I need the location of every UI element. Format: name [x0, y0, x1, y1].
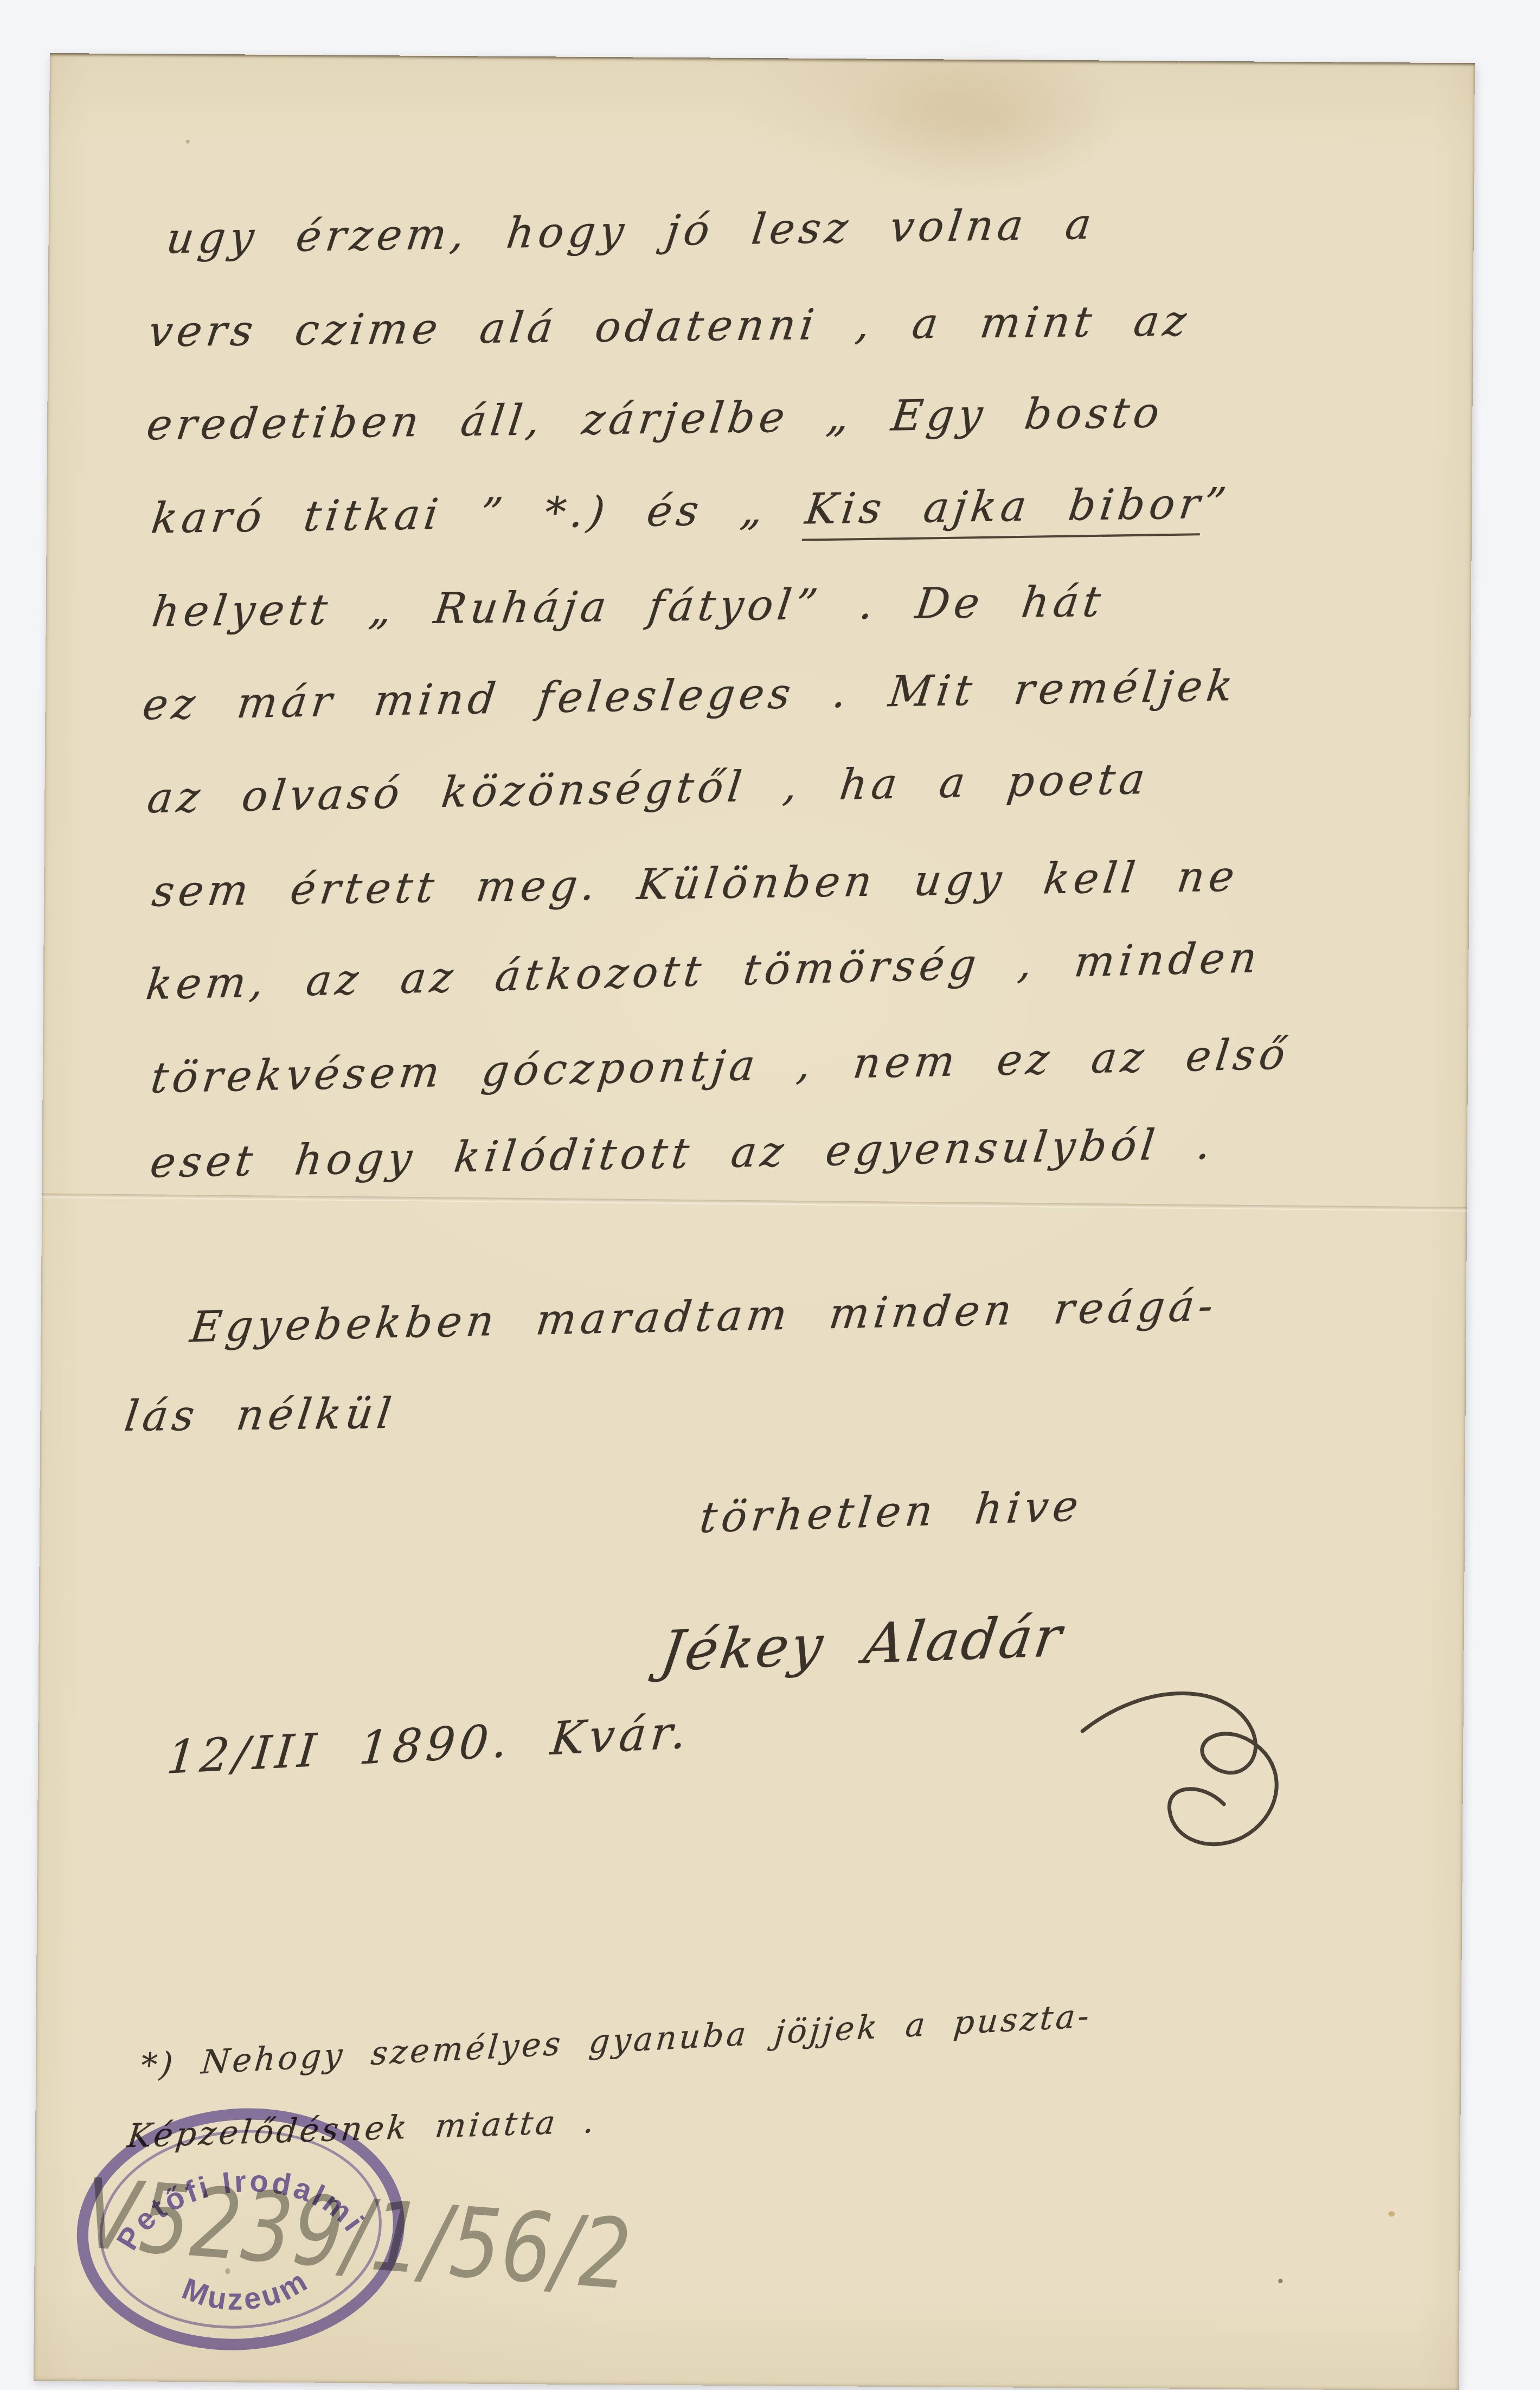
- handwriting-line-09: kem, az az átkozott tömörség , minden: [144, 933, 1264, 1010]
- signature: Jékey Aladár: [657, 1604, 1068, 1684]
- handwriting-line-06: ez már mind felesleges . Mit reméljek: [140, 662, 1240, 729]
- handwriting-line-03: eredetiben áll, zárjelbe „ Egy bosto: [144, 388, 1166, 450]
- handwriting-line-04: karó titkai ” *.) és „ Kis ajka bibor”: [149, 479, 1233, 543]
- handwriting-line-08: sem értett meg. Különben ugy kell ne: [150, 852, 1242, 916]
- paper-speck-2: [1278, 2279, 1282, 2283]
- handwriting-line-11: eset hogy kilóditott az egyensulyból .: [147, 1120, 1218, 1187]
- paper-speck-4: [186, 140, 190, 144]
- handwriting-line-01: ugy érzem, hogy jó lesz volna a: [164, 200, 1098, 264]
- signature-flourish: [1057, 1650, 1318, 1906]
- fold-crease: [42, 1194, 1467, 1212]
- handwriting-line-02: vers czime alá odatenni , a mint az: [146, 297, 1194, 356]
- scanned-letter-page: ugy érzem, hogy jó lesz volna a vers czi…: [0, 0, 1540, 2390]
- handwriting-line-05: helyett „ Ruhája fátyol” . De hát: [149, 578, 1108, 637]
- line-04-text: karó titkai ” *.) és „: [149, 485, 809, 543]
- handwriting-line-12: Egyebekben maradtam minden reágá-: [188, 1281, 1220, 1352]
- underlined-poem-title: Kis ajka bibor: [801, 479, 1207, 541]
- dateline: 12/III 1890. Kvár.: [165, 1705, 693, 1784]
- handwriting-line-13: lás nélkül: [122, 1389, 399, 1441]
- paper-stain-top: [840, 42, 1124, 196]
- letter-paper: ugy érzem, hogy jó lesz volna a vers czi…: [34, 53, 1475, 2390]
- footnote-line-1: *) Nehogy személyes gyanuba jöjjek a pus…: [139, 1997, 1093, 2085]
- handwriting-line-10: törekvésem góczpontja , nem ez az első: [148, 1030, 1292, 1103]
- line-04-closing-quote: ”: [1201, 479, 1233, 528]
- handwriting-line-07: az olvasó közönségtől , ha a poeta: [145, 755, 1152, 823]
- closing-line: törhetlen hive: [697, 1482, 1085, 1542]
- paper-speck-1: [1388, 2211, 1395, 2216]
